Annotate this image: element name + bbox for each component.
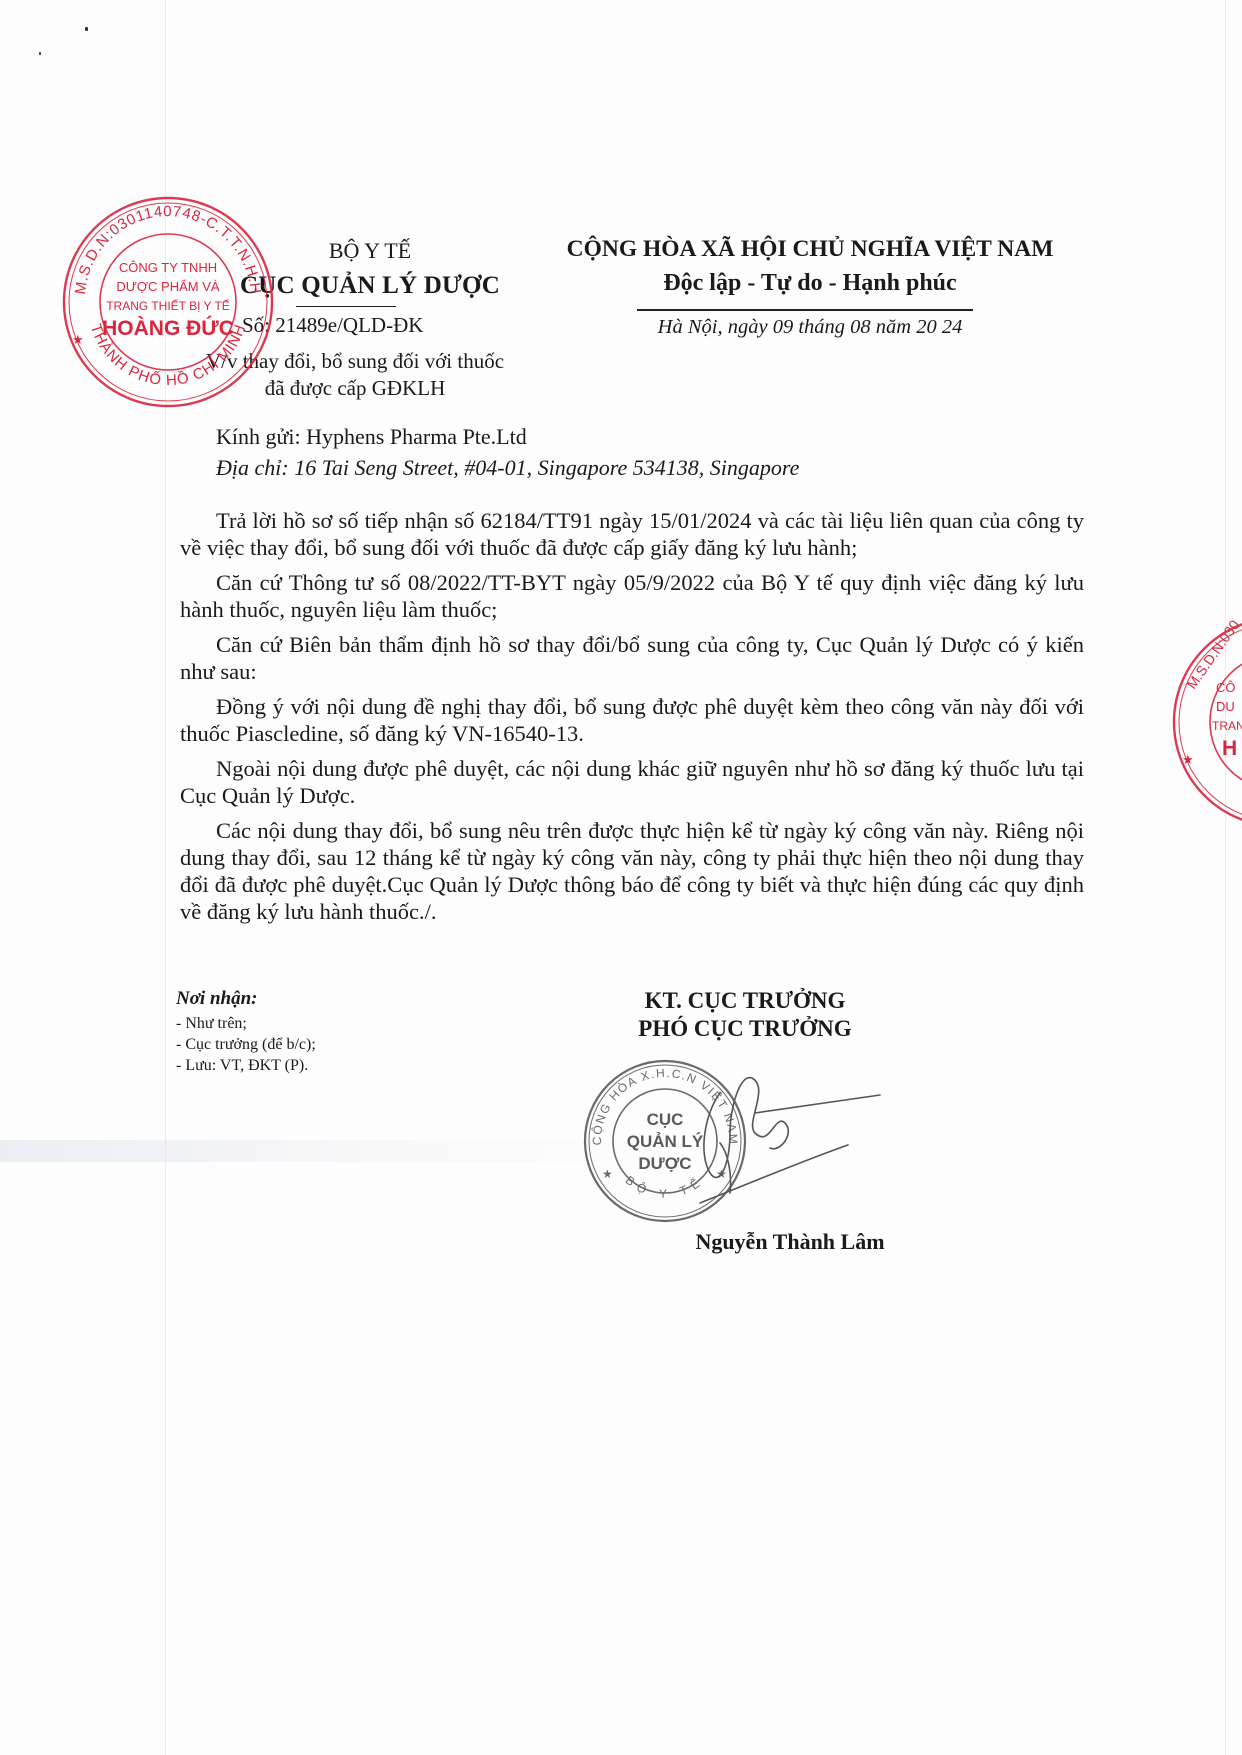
body-paragraph: Đồng ý với nội dung đề nghị thay đổi, bổ…: [180, 693, 1084, 747]
document-body: Trả lời hồ sơ số tiếp nhận số 62184/TT91…: [180, 507, 1084, 933]
official-stamp-line: CỤC: [647, 1110, 684, 1129]
body-paragraph: Ngoài nội dung được phê duyệt, các nội d…: [180, 755, 1084, 809]
scan-speck: [85, 27, 88, 31]
distribution-item: - Cục trưởng (để b/c);: [176, 1034, 316, 1055]
company-stamp-partial: ★ CÔ DU TRAN H M.S.D.N:030: [1168, 612, 1242, 832]
company-stamp-fragment: CÔ: [1216, 680, 1236, 695]
distribution-list: - Như trên; - Cục trưởng (để b/c); - Lưu…: [176, 1013, 316, 1076]
signer-name: Nguyễn Thành Lâm: [640, 1229, 940, 1255]
official-stamp-line: DƯỢC: [638, 1154, 691, 1173]
distribution-item: - Lưu: VT, ĐKT (P).: [176, 1055, 316, 1076]
company-stamp-fragment: H: [1222, 737, 1237, 760]
scan-speck: [39, 52, 41, 55]
official-stamp-line: QUẢN LÝ: [627, 1132, 704, 1151]
place-date: Hà Nội, ngày 09 tháng 08 năm 20 24: [530, 316, 1090, 339]
body-paragraph: Trả lời hồ sơ số tiếp nhận số 62184/TT91…: [180, 507, 1084, 561]
body-paragraph: Các nội dung thay đổi, bổ sung nêu trên …: [180, 817, 1084, 925]
official-stamp-ring-bottom: BỘ Y TẾ: [623, 1172, 708, 1201]
company-stamp: M.S.D.N:0301140748-C.T.T.N.H.H THÀNH PHỐ…: [58, 192, 278, 412]
company-stamp-line: CÔNG TY TNHH: [119, 260, 217, 275]
company-stamp-line: DƯỢC PHẨM VÀ: [116, 279, 219, 294]
scan-seam: [1225, 0, 1226, 1755]
national-motto: Độc lập - Tự do - Hạnh phúc: [530, 270, 1090, 297]
distribution-item: - Như trên;: [176, 1013, 316, 1034]
company-stamp-fragment: DU: [1216, 699, 1235, 714]
svg-text:BỘ Y TẾ: BỘ Y TẾ: [623, 1172, 708, 1201]
official-stamp: CỘNG HÒA X.H.C.N VIỆT NAM BỘ Y TẾ ★ ★ CỤ…: [580, 1053, 900, 1233]
signature-title: KT. CỤC TRƯỞNG: [560, 988, 930, 1014]
nation-title: CỘNG HÒA XÃ HỘI CHỦ NGHĨA VIỆT NAM: [530, 236, 1090, 263]
header-left-rule: [296, 306, 396, 307]
recipient-address: Địa chỉ: 16 Tai Seng Street, #04-01, Sin…: [216, 455, 799, 481]
recipient-line: Kính gửi: Hyphens Pharma Pte.Ltd: [216, 424, 527, 450]
star-icon: ★: [72, 333, 84, 348]
distribution-title: Nơi nhận:: [176, 988, 257, 1010]
star-icon: ★: [602, 1167, 613, 1181]
company-stamp-line: TRANG THIẾT BỊ Y TẾ: [106, 298, 230, 313]
body-paragraph: Căn cứ Biên bản thẩm định hồ sơ thay đổi…: [180, 631, 1084, 685]
signature-subtitle: PHÓ CỤC TRƯỞNG: [560, 1016, 930, 1042]
motto-rule: [637, 309, 973, 311]
body-paragraph: Căn cứ Thông tư số 08/2022/TT-BYT ngày 0…: [180, 569, 1084, 623]
company-stamp-line: HOÀNG ĐỨC: [102, 316, 234, 340]
ministry-name: BỘ Y TẾ: [290, 238, 450, 264]
company-stamp-fragment: TRAN: [1212, 719, 1242, 733]
star-icon: ★: [1182, 753, 1194, 768]
